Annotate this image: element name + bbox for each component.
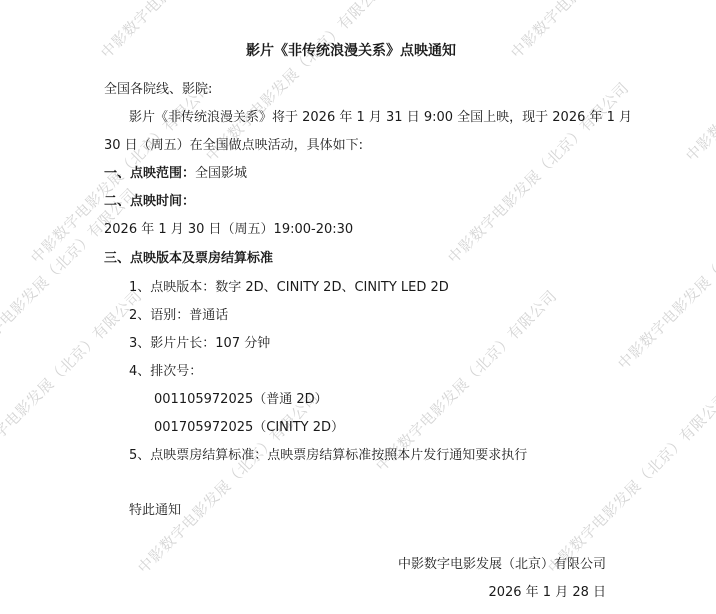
section-scope-heading: 一、点映范围： [104, 166, 195, 181]
version-item-3: 3、影片片长：107 分钟 [129, 336, 270, 352]
intro-paragraph-line-2: 30 日（周五）在全国做点映活动，具体如下: [104, 138, 363, 154]
document-title: 影片《非传统浪漫关系》点映通知 [246, 43, 456, 59]
section-scope: 一、点映范围：全国影城 [104, 166, 247, 182]
schedule-number-2: 001705972025（CINITY 2D） [154, 420, 344, 436]
version-item-5: 5、点映票房结算标准：点映票房结算标准按照本片发行通知要求执行 [129, 448, 527, 464]
version-item-2: 2、语别：普通话 [129, 308, 228, 324]
version-item-1: 1、点映版本：数字 2D、CINITY 2D、CINITY LED 2D [129, 280, 449, 296]
intro-paragraph-line-1: 影片《非传统浪漫关系》将于 2026 年 1 月 31 日 9:00 全国上映，… [129, 110, 632, 126]
salutation: 全国各院线、影院: [104, 82, 212, 98]
closing-text: 特此通知 [129, 503, 181, 519]
signature-date: 2026 年 1 月 28 日 [488, 585, 606, 601]
section-scope-value: 全国影城 [195, 166, 247, 181]
signature-company: 中影数字电影发展（北京）有限公司 [398, 557, 606, 573]
section-time-heading: 二、点映时间： [104, 194, 195, 210]
notice-document: 影片《非传统浪漫关系》点映通知 全国各院线、影院: 影片《非传统浪漫关系》将于 … [0, 0, 716, 614]
section-time-value: 2026 年 1 月 30 日（周五）19:00-20:30 [104, 222, 353, 238]
version-item-4: 4、排次号： [129, 364, 202, 380]
schedule-number-1: 001105972025（普通 2D） [154, 392, 328, 408]
section-version-heading: 三、点映版本及票房结算标准 [104, 251, 273, 267]
